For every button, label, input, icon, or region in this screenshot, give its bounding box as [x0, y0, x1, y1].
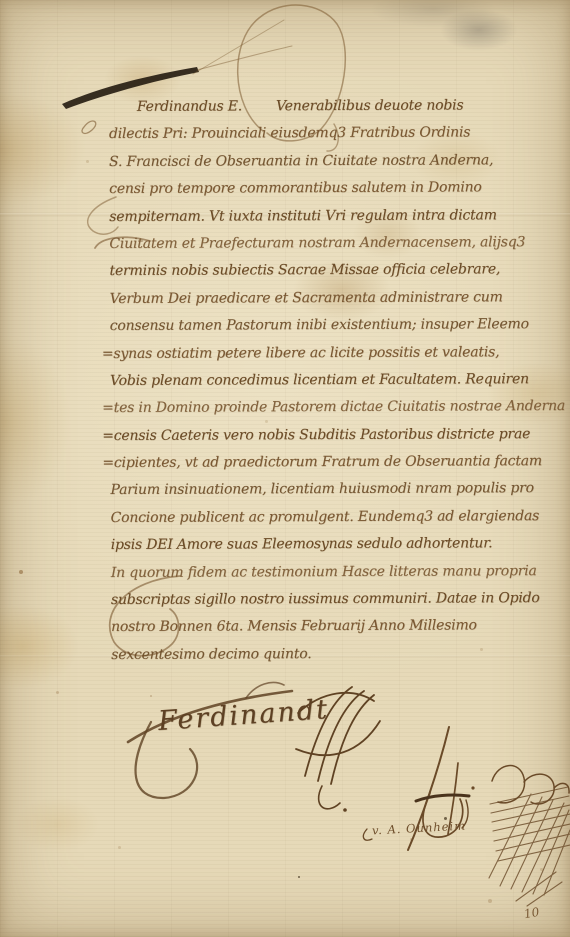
- foxing-spot: [488, 899, 492, 903]
- manuscript-line: Verbum Dei praedicare et Sacramenta admi…: [110, 284, 560, 313]
- manuscript-text: Ferdinandus E. Venerabilibus deuote nobi…: [109, 92, 562, 669]
- countersignature-flourish: [363, 727, 570, 906]
- manuscript-line: terminis nobis subiectis Sacrae Missae o…: [109, 256, 559, 285]
- manuscript-line: =censis Caeteris vero nobis Subditis Pas…: [102, 421, 560, 450]
- manuscript-line: S. Francisci de Obseruantia in Ciuitate …: [109, 147, 559, 176]
- manuscript-line: dilectis Pri: Prouinciali eiusdemq3 Frat…: [109, 119, 559, 148]
- signature: Ferdinandt: [157, 694, 330, 737]
- cross-hatch: [489, 787, 570, 906]
- foxing-spot: [410, 838, 413, 841]
- manuscript-line: =cipientes, vt ad praedictorum Fratrum d…: [102, 448, 560, 477]
- foxing-spot: [298, 876, 300, 878]
- foxing-spot: [19, 570, 23, 574]
- manuscript-line: consensu tamen Pastorum inibi existentiu…: [110, 311, 560, 340]
- countersignature: v. A. Ounheim: [372, 819, 467, 838]
- manuscript-line: nostro Bonnen 6ta. Mensis Februarij Anno…: [111, 612, 561, 641]
- manuscript-page: Ferdinandus E. Venerabilibus deuote nobi…: [0, 0, 570, 937]
- manuscript-line: sempiternam. Vt iuxta instituti Vri regu…: [109, 202, 559, 231]
- manuscript-line: subscriptas sigillo nostro iussimus comm…: [111, 585, 561, 614]
- manuscript-line: =tes in Domino proinde Pastorem dictae C…: [102, 393, 560, 422]
- foxing-spot: [86, 160, 89, 163]
- manuscript-line: Concione publicent ac promulgent. Eundem…: [111, 503, 561, 532]
- manuscript-line: In quorum fidem ac testimonium Hasce lit…: [111, 558, 561, 587]
- manuscript-line: censi pro tempore commorantibus salutem …: [109, 174, 559, 203]
- foxing-spot: [56, 691, 59, 694]
- foxing-spot: [540, 868, 543, 871]
- foxing-spot: [150, 695, 152, 697]
- manuscript-line: Vobis plenam concedimus licentiam et Fac…: [110, 366, 560, 395]
- manuscript-line: Ciuitatem et Praefecturam nostram Andern…: [109, 229, 559, 258]
- manuscript-line: ipsis DEI Amore suas Eleemosynas sedulo …: [111, 530, 561, 559]
- foxing-spot: [118, 846, 121, 849]
- manuscript-line: sexcentesimo decimo quinto.: [111, 640, 561, 669]
- manuscript-line: Ferdinandus E. Venerabilibus deuote nobi…: [109, 92, 559, 121]
- manuscript-line: Parium insinuationem, licentiam huiusmod…: [110, 475, 560, 504]
- manuscript-line: =synas ostiatim petere libere ac licite …: [102, 339, 560, 368]
- folio-number: 10: [523, 905, 540, 921]
- margin-squiggle: [82, 121, 96, 133]
